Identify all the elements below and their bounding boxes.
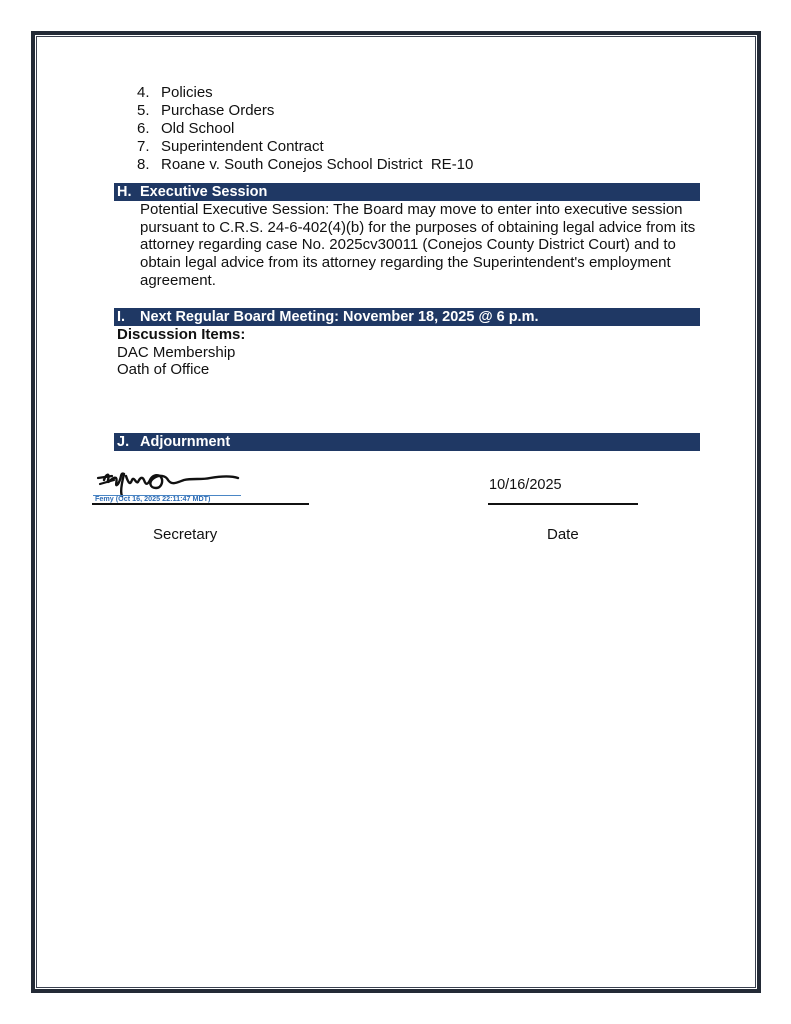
signature-caption: Femy (Oct 16, 2025 22:11:47 MDT): [95, 494, 210, 503]
section-header-next-meeting: I.Next Regular Board Meeting: November 1…: [114, 308, 700, 326]
discussion-items: Discussion Items: DAC Membership Oath of…: [117, 326, 245, 379]
item-label: Purchase Orders: [161, 102, 274, 120]
executive-session-text: Potential Executive Session: The Board m…: [140, 201, 700, 290]
section-letter: I.: [117, 308, 140, 326]
item-number: 5.: [137, 102, 161, 120]
agenda-item: 8.Roane v. South Conejos School District…: [137, 156, 473, 174]
signature-line: [92, 503, 309, 505]
section-header-executive-session: H.Executive Session: [114, 183, 700, 201]
item-label: Old School: [161, 120, 234, 138]
item-label: Policies: [161, 84, 213, 102]
item-label: Superintendent Contract: [161, 138, 324, 156]
discussion-item: Oath of Office: [117, 361, 245, 379]
section-title: Adjournment: [140, 434, 230, 450]
date-line: [488, 503, 638, 505]
section-letter: H.: [117, 183, 140, 201]
item-label: Roane v. South Conejos School District R…: [161, 156, 473, 174]
agenda-item-list: 4.Policies 5.Purchase Orders 6.Old Schoo…: [137, 84, 473, 174]
signature-date: 10/16/2025: [489, 477, 562, 493]
date-label: Date: [547, 526, 579, 543]
section-title: Next Regular Board Meeting: November 18,…: [140, 309, 539, 325]
agenda-item: 7.Superintendent Contract: [137, 138, 473, 156]
document-page: 4.Policies 5.Purchase Orders 6.Old Schoo…: [0, 0, 791, 1024]
discussion-items-label: Discussion Items:: [117, 326, 245, 344]
section-letter: J.: [117, 433, 140, 451]
agenda-item: 5.Purchase Orders: [137, 102, 473, 120]
secretary-label: Secretary: [153, 526, 217, 543]
agenda-item: 6.Old School: [137, 120, 473, 138]
item-number: 8.: [137, 156, 161, 174]
agenda-item: 4.Policies: [137, 84, 473, 102]
section-title: Executive Session: [140, 184, 267, 200]
discussion-item: DAC Membership: [117, 344, 245, 362]
item-number: 7.: [137, 138, 161, 156]
item-number: 4.: [137, 84, 161, 102]
item-number: 6.: [137, 120, 161, 138]
section-header-adjournment: J.Adjournment: [114, 433, 700, 451]
